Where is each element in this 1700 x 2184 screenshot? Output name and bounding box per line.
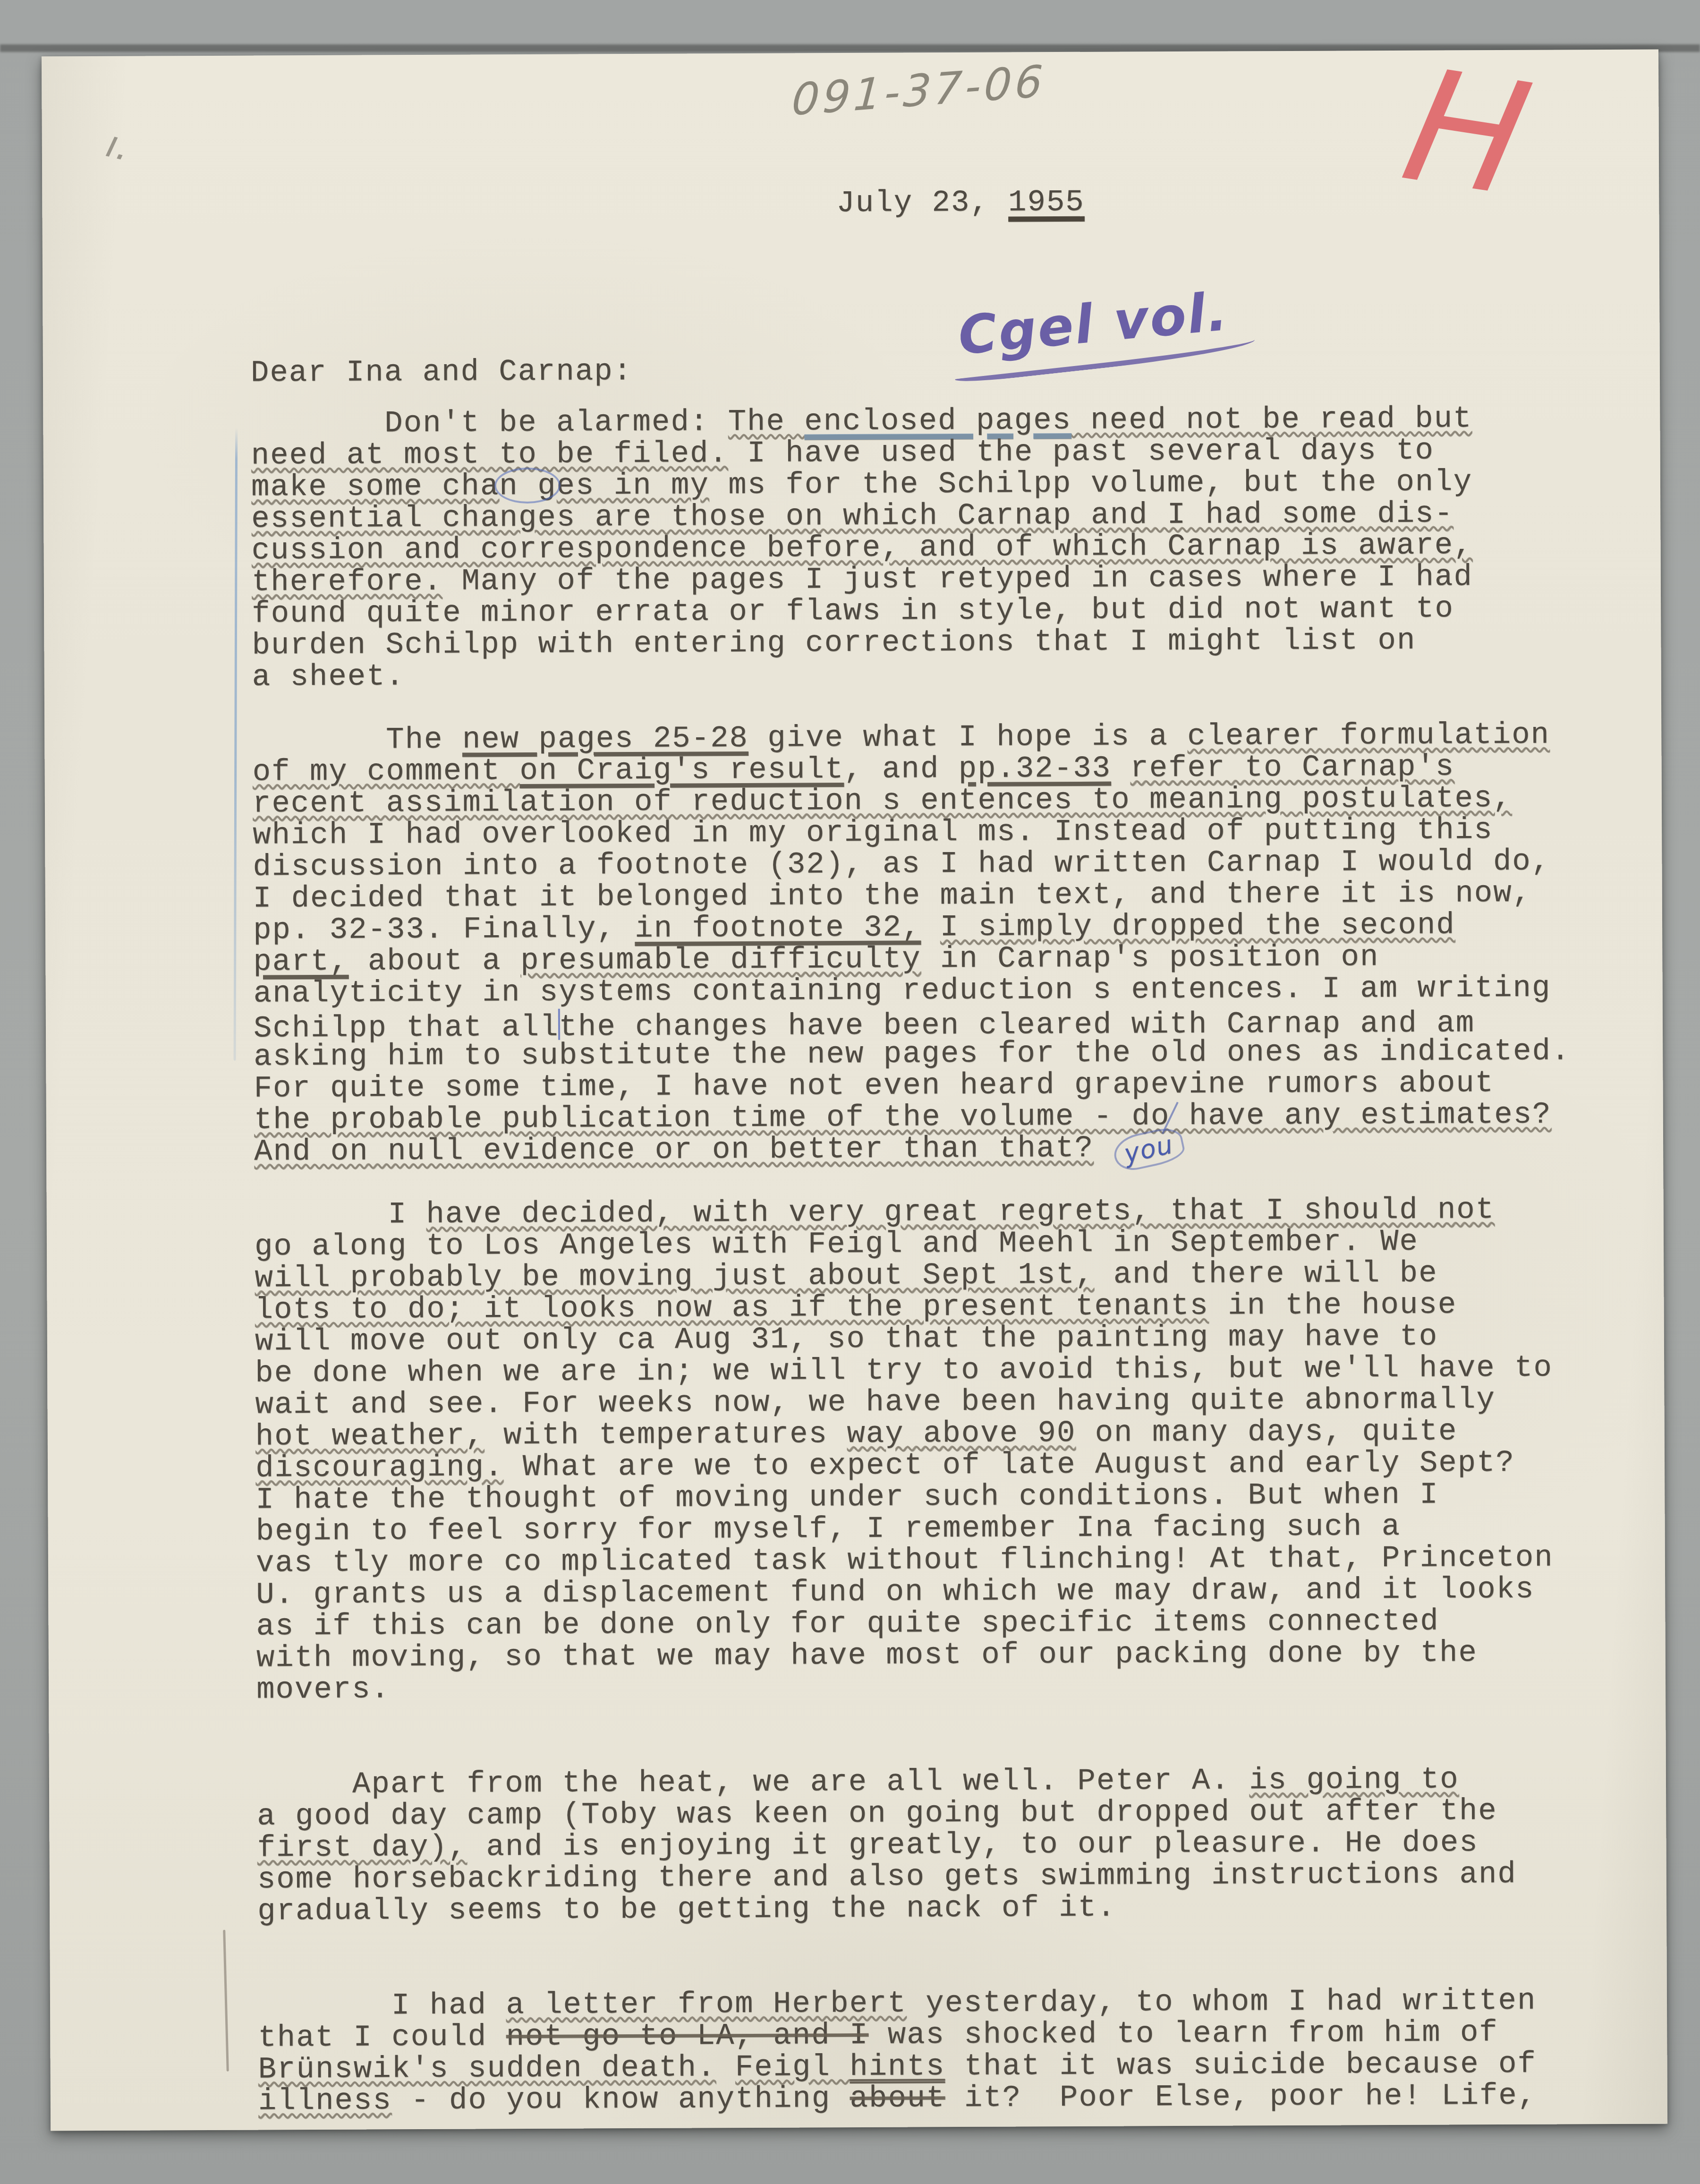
typed-text: in Carnap's position on [921, 940, 1379, 976]
paragraph-1: Don't be alarmed: The enclosed pages nee… [251, 403, 1569, 693]
typed-text: that it was suicide because of [945, 2047, 1537, 2084]
typed-text [921, 911, 940, 945]
pencil-underlined-heavy-text: on Craig's result [519, 753, 844, 788]
typed-line: illness - do you know anything about it?… [258, 2080, 1575, 2117]
pencil-underlined-text: have any estimates? [1170, 1098, 1551, 1134]
pencil-struck-text: not go to LA, and I [506, 2019, 868, 2054]
pencil-underlined-text: The [728, 405, 804, 439]
pencil-underlined-text: therefore. [252, 565, 442, 600]
date-line: July 23, 1955 [836, 187, 1118, 220]
blue-underlined-text: enclosed pages [804, 404, 1071, 439]
typed-text: - do you know anything [392, 2082, 850, 2118]
pencil-underlined-text: I simply dropped the second [940, 908, 1455, 945]
paragraph-3: I have decided, with very great regrets,… [255, 1194, 1573, 1706]
typed-text: I have used the past several days to [728, 434, 1434, 471]
pencil-underlined-text: Brünswik's sudden death. [258, 2051, 716, 2087]
typed-text: I had [258, 1988, 506, 2023]
paragraph-5: I had a letter from Herbert yesterday, t… [258, 1954, 1575, 2117]
pencil-underlined-text: of my comment [252, 754, 519, 789]
typed-letter-body: Don't be alarmed: The enclosed pages nee… [251, 403, 1575, 2149]
pencil-underlined-heavy-text: pp.32-33 [958, 752, 1111, 786]
pencil-underlined-heavy-text: part, [253, 945, 348, 980]
pencil-underlined-text: discouraging. [255, 1450, 504, 1485]
typed-line: And on null evidence or on better than t… [254, 1131, 1571, 1168]
typed-text: movers. [256, 1672, 390, 1707]
stray-pencil-mark: ı. [103, 125, 134, 167]
pencil-underlined-text: refer to Carnap's [1130, 750, 1454, 785]
typed-text: it? Poor Else, poor he! Life, [945, 2079, 1537, 2116]
pencil-underlined-text: And on null evidence or on better than t… [254, 1132, 1094, 1169]
typed-text: about a [348, 944, 520, 979]
pencil-underlined-text: first day), [257, 1831, 467, 1866]
typed-text: a sheet. [252, 660, 405, 694]
date-month-day: July 23, [836, 186, 1008, 221]
double-underlined-text: hints [850, 2050, 945, 2084]
paragraph-4: Apart from the heat, we are all well. Pe… [257, 1732, 1574, 1928]
pencil-underlined-text: way above 90 [847, 1416, 1076, 1451]
pencil-underlined-text: es in my [556, 469, 709, 503]
typed-text: yesterday, to whom I had written [907, 1984, 1537, 2021]
pencil-struck-text: about [850, 2082, 945, 2116]
typed-text: in the house [1209, 1288, 1457, 1323]
typed-text: , and [844, 752, 959, 787]
typed-text: with moving, so that we may have most of… [256, 1636, 1478, 1675]
blue-margin-line [234, 428, 238, 1061]
typed-text: that I could [258, 2020, 506, 2055]
typed-text: some horsebackriding there and also gets… [257, 1858, 1517, 1897]
salutation: Dear Ina and Carnap: [251, 356, 632, 390]
typed-text: on many days, quite [1076, 1415, 1457, 1450]
typed-text: gradually seems to be getting the nack o… [257, 1891, 1116, 1929]
typed-text: was shocked to learn from him of [868, 2016, 1498, 2053]
handwritten-ink-note: Cgel vol. [956, 285, 1231, 363]
pencil-underlined-text: make some cha [251, 469, 500, 504]
date-year-underlined: 1955 [1008, 186, 1118, 220]
typed-text [1111, 751, 1130, 785]
pencil-underlined-text: Feigl [735, 2050, 850, 2085]
typed-text [716, 2051, 735, 2085]
blue-circled-text: n g [499, 469, 557, 504]
pencil-underlined-text: hot weather, [255, 1419, 484, 1454]
typed-text: and there will be [1094, 1257, 1438, 1292]
typed-line: gradually seems to be getting the nack o… [257, 1890, 1574, 1928]
paragraph-2: The new pages 25-28 give what I hope is … [252, 719, 1571, 1168]
typed-line: burden Schilpp with entering corrections… [252, 624, 1568, 662]
typed-text: I [255, 1198, 426, 1233]
pencil-underlined-text: a letter from Herbert [506, 1987, 907, 2023]
pencil-underlined-heavy-text: in footnote 32, [635, 911, 921, 946]
typed-text: pp. 32-33. Finally, [253, 912, 635, 948]
pencil-underlined-text: is going to [1249, 1763, 1459, 1798]
pencil-margin-line [223, 1930, 229, 2072]
typed-text: The [252, 723, 462, 758]
letter-paper: ı. 091-37-06 H July 23, 1955 Cgel vol. D… [42, 50, 1667, 2131]
pencil-underlined-text: need at most to be filed. [251, 437, 728, 473]
typed-line: analyticity in systems containing reduct… [254, 973, 1570, 1010]
pencil-underlined-heavy-text: new pages 25-28 [462, 722, 748, 757]
typed-text: with temperatures [484, 1417, 847, 1453]
typed-line: with moving, so that we may have most of… [256, 1637, 1573, 1674]
typed-line: the probable publication time of the vol… [254, 1099, 1571, 1136]
catalog-number-pencil: 091-37-06 [790, 56, 1048, 126]
typed-text: Don't be alarmed: [251, 405, 728, 441]
pencil-underlined-text: need not be read but [1071, 402, 1472, 438]
red-crayon-mark: H [1377, 50, 1555, 216]
scanned-letter-page: { "colors": { "background": "#a4a7a5", "… [0, 0, 1700, 2184]
pencil-underlined-text: presumable difficulty [520, 942, 921, 978]
pencil-underlined-text: illness [258, 2084, 392, 2118]
typed-text: burden Schilpp with entering corrections… [252, 624, 1416, 663]
pencil-underlined-text: clearer formulation [1187, 718, 1550, 754]
typed-text: give what I hope is a [748, 720, 1188, 756]
typed-line: some horsebackriding there and also gets… [257, 1859, 1574, 1896]
